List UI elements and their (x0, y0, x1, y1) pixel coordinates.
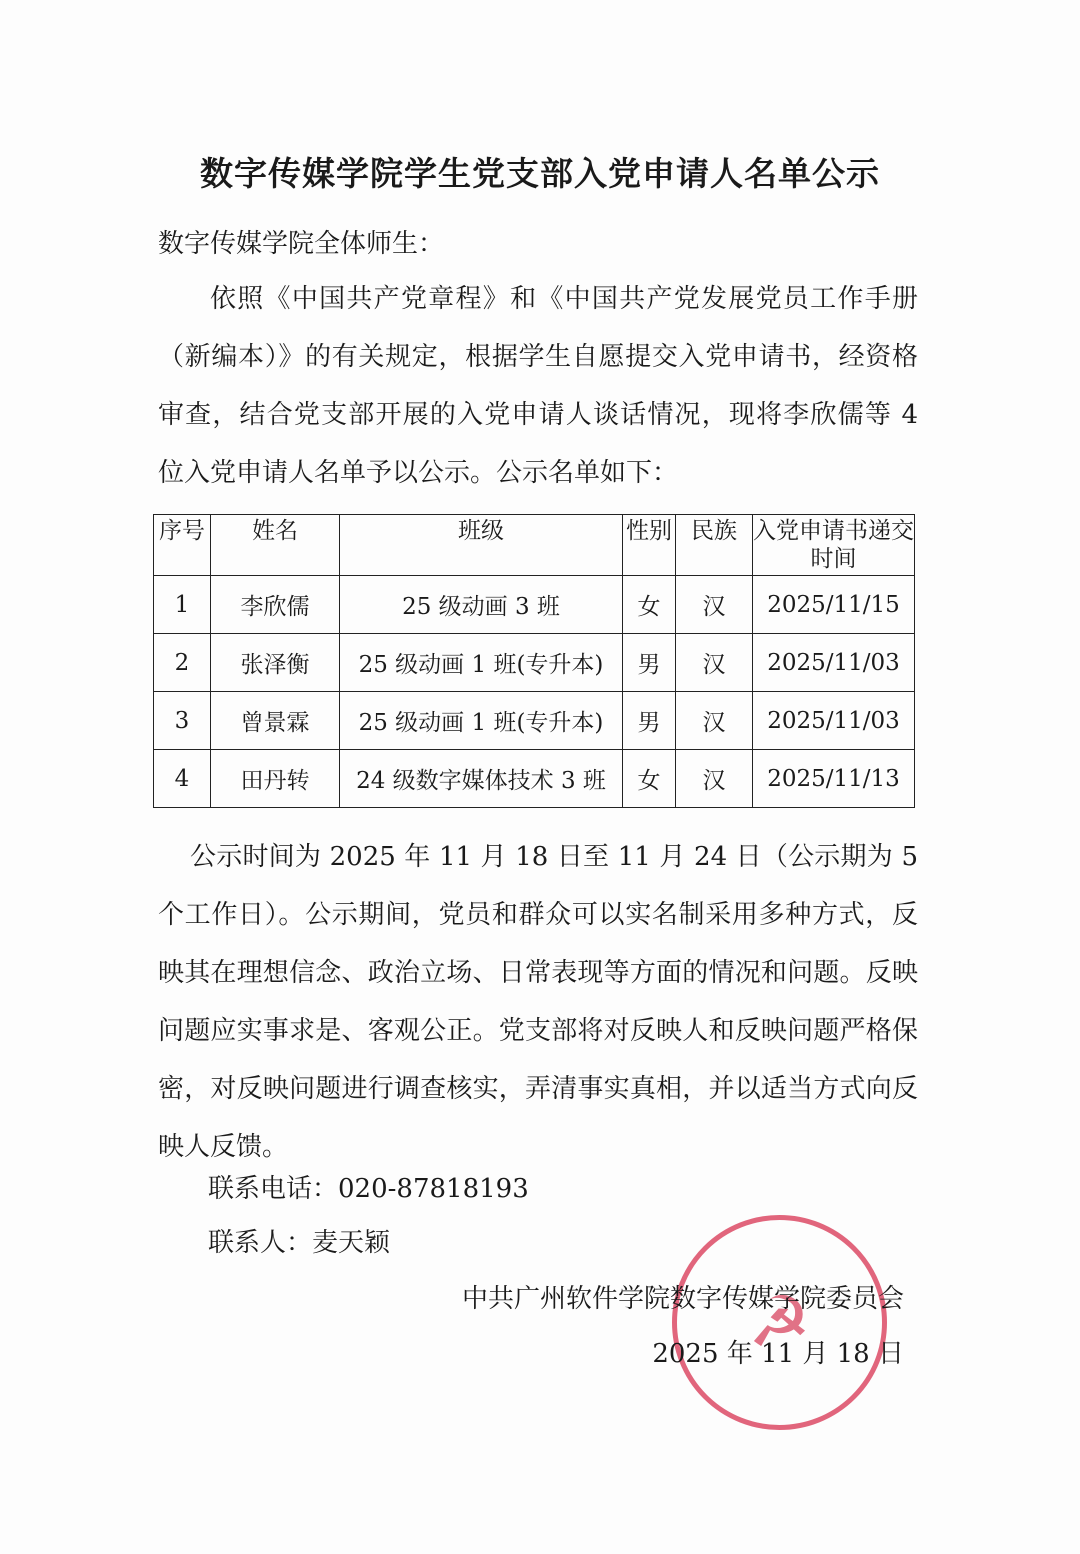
notice-paragraph: 公示时间为 2025 年 11 月 18 日至 11 月 24 日（公示期为 5… (158, 828, 918, 1176)
cell: 男 (623, 634, 676, 692)
table-row: 2张泽衡25 级动画 1 班(专升本)男汉2025/11/03 (154, 634, 915, 692)
table-row: 1李欣儒25 级动画 3 班女汉2025/11/15 (154, 576, 915, 634)
col-name: 姓名 (211, 515, 340, 576)
salutation: 数字传媒学院全体师生： (158, 215, 918, 273)
cell: 2025/11/03 (753, 634, 915, 692)
cell: 2025/11/13 (753, 750, 915, 808)
col-submit-date: 入党申请书递交时间 (753, 515, 915, 576)
issuing-organization: 中共广州软件学院数字传媒学院委员会 (462, 1278, 904, 1315)
cell: 1 (154, 576, 211, 634)
cell: 女 (623, 576, 676, 634)
table-row: 4田丹转24 级数字媒体技术 3 班女汉2025/11/13 (154, 750, 915, 808)
cell: 汉 (676, 576, 753, 634)
cell: 24 级数字媒体技术 3 班 (340, 750, 623, 808)
col-ethnicity: 民族 (676, 515, 753, 576)
cell: 汉 (676, 692, 753, 750)
table-header-row: 序号 姓名 班级 性别 民族 入党申请书递交时间 (154, 515, 915, 576)
contact-person: 联系人：麦天颖 (208, 1222, 390, 1259)
cell: 25 级动画 1 班(专升本) (340, 692, 623, 750)
cell: 25 级动画 3 班 (340, 576, 623, 634)
cell: 女 (623, 750, 676, 808)
col-gender: 性别 (623, 515, 676, 576)
cell: 2 (154, 634, 211, 692)
cell: 3 (154, 692, 211, 750)
cell: 4 (154, 750, 211, 808)
party-seal-icon: ☭ (672, 1215, 887, 1430)
cell: 汉 (676, 634, 753, 692)
cell: 2025/11/15 (753, 576, 915, 634)
col-class: 班级 (340, 515, 623, 576)
table-row: 3曾景霖25 级动画 1 班(专升本)男汉2025/11/03 (154, 692, 915, 750)
applicant-table: 序号 姓名 班级 性别 民族 入党申请书递交时间 1李欣儒25 级动画 3 班女… (153, 514, 915, 808)
cell: 25 级动画 1 班(专升本) (340, 634, 623, 692)
issue-date: 2025 年 11 月 18 日 (652, 1333, 904, 1370)
cell: 2025/11/03 (753, 692, 915, 750)
cell: 李欣儒 (211, 576, 340, 634)
cell: 田丹转 (211, 750, 340, 808)
document-title: 数字传媒学院学生党支部入党申请人名单公示 (0, 148, 1080, 195)
contact-phone: 联系电话：020-87818193 (208, 1168, 529, 1205)
cell: 张泽衡 (211, 634, 340, 692)
col-no: 序号 (154, 515, 211, 576)
intro-paragraph: 依照《中国共产党章程》和《中国共产党发展党员工作手册（新编本）》的有关规定，根据… (158, 270, 918, 502)
cell: 男 (623, 692, 676, 750)
cell: 汉 (676, 750, 753, 808)
cell: 曾景霖 (211, 692, 340, 750)
